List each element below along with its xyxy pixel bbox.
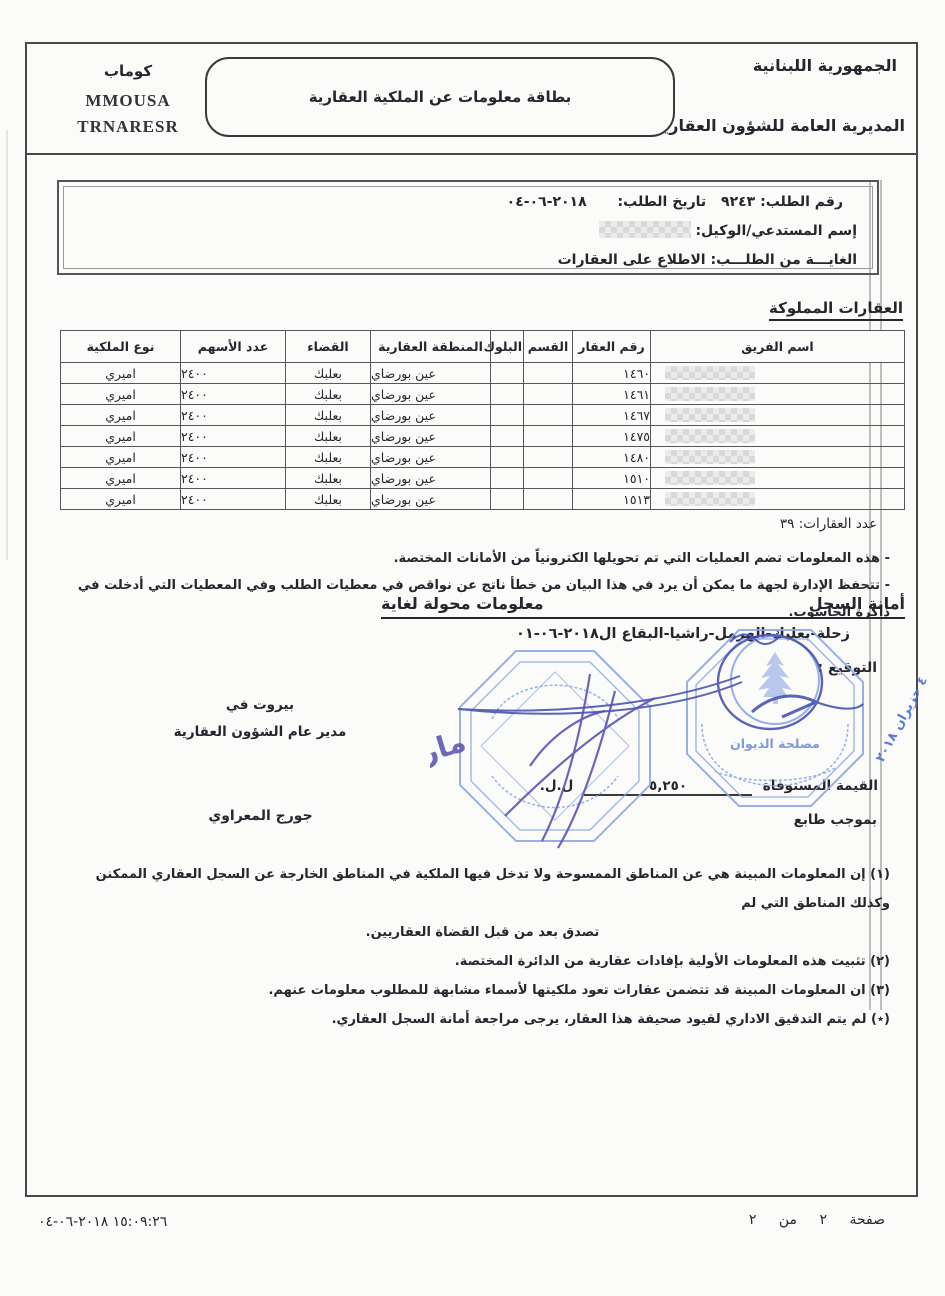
- table-cell: [524, 489, 573, 510]
- table-cell: [524, 426, 573, 447]
- owned-properties-title: العقارات المملوكة: [769, 299, 903, 321]
- table-cell: بعلبك: [286, 468, 371, 489]
- table-cell: بعلبك: [286, 489, 371, 510]
- table-header-row: اسم الفريق رقم العقار القسم البلوك المنط…: [61, 331, 905, 363]
- table-row: ١٤٧٥عين بورضايبعلبك٢٤٠٠اميري: [61, 426, 905, 447]
- table-cell: ١٤٧٥: [573, 426, 651, 447]
- footnote-text: لم يتم التدقيق الاداري لقيود صحيفة هذا ا…: [332, 1012, 867, 1027]
- table-cell: ١٥١٣: [573, 489, 651, 510]
- col-zone: المنطقة العقارية: [371, 331, 491, 363]
- applicant-name-redaction: [599, 221, 691, 238]
- registry-secretariat-line: أمانة السجل معلومات محولة لغاية: [381, 594, 905, 619]
- page-number: صفحة ٢ من ٢: [749, 1212, 885, 1228]
- table-cell: عين بورضاي: [371, 405, 491, 426]
- footnote-text: ان المعلومات المبينة قد تتضمن عقارات تعو…: [268, 983, 865, 998]
- request-number-value: ٩٢٤٣: [721, 194, 755, 210]
- collected-value-label: القيمة المستوفاة: [763, 778, 878, 794]
- director-name: جورج المعراوي: [178, 808, 343, 824]
- table-cell: [524, 405, 573, 426]
- table-cell: اميري: [61, 405, 181, 426]
- party-name-redacted-cell: [651, 384, 905, 405]
- col-ownership-type: نوع الملكية: [61, 331, 181, 363]
- table-cell: [524, 468, 573, 489]
- stamp-basis-line: بموجب طابع: [794, 812, 877, 828]
- col-property-no: رقم العقار: [573, 331, 651, 363]
- request-date-value: ٢٠١٨-٠٦-٠٤: [507, 194, 587, 210]
- footnote-marker: (١): [866, 867, 890, 882]
- table-cell: ٢٤٠٠: [181, 363, 286, 384]
- table-row: ١٥١٣عين بورضايبعلبك٢٤٠٠اميري: [61, 489, 905, 510]
- header-divider: [25, 153, 918, 155]
- footnote-marker: (٭): [867, 1012, 891, 1027]
- table-cell: اميري: [61, 468, 181, 489]
- col-district: القضاء: [286, 331, 371, 363]
- card-title-box: بطاقة معلومات عن الملكية العقارية: [205, 57, 675, 137]
- table-cell: [491, 426, 524, 447]
- property-count-value: ٣٩: [780, 516, 795, 532]
- table-cell: [491, 447, 524, 468]
- table-cell: اميري: [61, 426, 181, 447]
- card-title: بطاقة معلومات عن الملكية العقارية: [309, 88, 572, 106]
- table-cell: عين بورضاي: [371, 489, 491, 510]
- request-number-line: رقم الطلب: ٩٢٤٣ تاريخ الطلب: ٢٠١٨-٠٦-٠٤: [69, 188, 843, 217]
- footnotes-block: (١) إن المعلومات المبينة هي عن المناطق ا…: [75, 860, 890, 1034]
- table-cell: اميري: [61, 384, 181, 405]
- republic-title: الجمهورية اللبنانية: [753, 56, 897, 75]
- table-cell: [491, 363, 524, 384]
- party-name-redacted-cell: [651, 426, 905, 447]
- properties-table: اسم الفريق رقم العقار القسم البلوك المنط…: [60, 330, 905, 510]
- redaction-block: [665, 429, 755, 443]
- table-cell: [491, 468, 524, 489]
- table-cell: اميري: [61, 363, 181, 384]
- print-timestamp: ١٥:٠٩:٢٦ ٢٠١٨-٠٦-٠٤: [38, 1214, 167, 1230]
- table-cell: عين بورضاي: [371, 363, 491, 384]
- party-name-redacted-cell: [651, 405, 905, 426]
- table-cell: [491, 489, 524, 510]
- redaction-block: [665, 492, 755, 506]
- table-cell: ١٤٦٠: [573, 363, 651, 384]
- table-cell: ١٤٨٠: [573, 447, 651, 468]
- table-cell: [524, 363, 573, 384]
- table-cell: ٢٤٠٠: [181, 447, 286, 468]
- table-cell: عين بورضاي: [371, 447, 491, 468]
- table-row: ١٤٦١عين بورضايبعلبك٢٤٠٠اميري: [61, 384, 905, 405]
- table-cell: ٢٤٠٠: [181, 405, 286, 426]
- table-cell: عين بورضاي: [371, 426, 491, 447]
- applicant-line: إسم المستدعي/الوكيل:: [69, 217, 857, 246]
- directorate-title: المديرية العامة للشؤون العقارية: [654, 116, 905, 135]
- purpose-value: الاطلاع على العقارات: [558, 252, 706, 268]
- table-row: ١٤٦٧عين بورضايبعلبك٢٤٠٠اميري: [61, 405, 905, 426]
- property-count-line: عدد العقارات: ٣٩: [780, 516, 877, 532]
- director-title: مدير عام الشؤون العقارية: [165, 719, 355, 746]
- col-section: القسم: [524, 331, 573, 363]
- footnote-text: تثبيت هذه المعلومات الأولية بإفادات عقار…: [455, 954, 866, 969]
- redaction-block: [665, 366, 755, 380]
- table-row: ١٥١٠عين بورضايبعلبك٢٤٠٠اميري: [61, 468, 905, 489]
- table-cell: [524, 384, 573, 405]
- party-name-redacted-cell: [651, 489, 905, 510]
- table-cell: ٢٤٠٠: [181, 426, 286, 447]
- collected-value-line: القيمة المستوفاة ٥,٢٥٠ ل.ل.: [540, 778, 878, 796]
- footnote-line: (٭) لم يتم التدقيق الاداري لقيود صحيفة ه…: [75, 1005, 890, 1034]
- note-line: - هذه المعلومات تضم العمليات التي تم تحو…: [60, 545, 890, 572]
- purpose-label: الغايـــة من الطلـــب:: [710, 252, 857, 268]
- table-cell: اميري: [61, 489, 181, 510]
- applicant-label: إسم المستدعي/الوكيل:: [695, 223, 857, 239]
- footnote-text: إن المعلومات المبينة هي عن المناطق الممس…: [96, 867, 890, 911]
- table-cell: بعلبك: [286, 405, 371, 426]
- table-cell: ١٤٦٧: [573, 405, 651, 426]
- brand-latin-line1: MMOUSA: [58, 88, 198, 114]
- table-row: ١٤٦٠عين بورضايبعلبك٢٤٠٠اميري: [61, 363, 905, 384]
- table-cell: [491, 384, 524, 405]
- redaction-block: [665, 471, 755, 485]
- party-name-redacted-cell: [651, 363, 905, 384]
- party-name-redacted-cell: [651, 468, 905, 489]
- table-cell: [524, 447, 573, 468]
- table-cell: ٢٤٠٠: [181, 384, 286, 405]
- footnote-marker: (٢): [866, 954, 890, 969]
- footnote-line: (٢) تثبيت هذه المعلومات الأولية بإفادات …: [75, 947, 890, 976]
- footnote-continuation: تصدق بعد من قبل القضاة العقاريين.: [75, 918, 890, 947]
- footnote-marker: (٣): [866, 983, 890, 998]
- table-cell: عين بورضاي: [371, 468, 491, 489]
- properties-table-body: ١٤٦٠عين بورضايبعلبك٢٤٠٠اميري١٤٦١عين بورض…: [61, 363, 905, 510]
- footnote-line: (٣) ان المعلومات المبينة قد تتضمن عقارات…: [75, 976, 890, 1005]
- col-party-name: اسم الفريق: [651, 331, 905, 363]
- table-row: ١٤٨٠عين بورضايبعلبك٢٤٠٠اميري: [61, 447, 905, 468]
- registry-areas-line: زحلة-بعلبك-الهرمل-راشيا-البقاع ال٢٠١٨-٠٦…: [516, 626, 850, 642]
- table-cell: بعلبك: [286, 447, 371, 468]
- table-cell: ٢٤٠٠: [181, 489, 286, 510]
- registry-areas-text: زحلة-بعلبك-الهرمل-راشيا-البقاع ال: [599, 626, 850, 642]
- table-cell: بعلبك: [286, 363, 371, 384]
- footnote-line: (١) إن المعلومات المبينة هي عن المناطق ا…: [75, 860, 890, 918]
- party-name-redacted-cell: [651, 447, 905, 468]
- table-cell: ٢٤٠٠: [181, 468, 286, 489]
- scanned-document-page: الجمهورية اللبنانية المديرية العامة للشؤ…: [0, 0, 945, 1296]
- purpose-line: الغايـــة من الطلـــب: الاطلاع على العقا…: [69, 246, 857, 275]
- city-line: بيروت في: [165, 692, 355, 719]
- currency-label: ل.ل.: [540, 778, 574, 794]
- redaction-block: [665, 450, 755, 464]
- table-cell: بعلبك: [286, 384, 371, 405]
- request-info-box: رقم الطلب: ٩٢٤٣ تاريخ الطلب: ٢٠١٨-٠٦-٠٤ …: [57, 180, 879, 275]
- table-cell: بعلبك: [286, 426, 371, 447]
- transferred-info-label: معلومات محولة لغاية: [381, 594, 544, 613]
- redaction-block: [665, 408, 755, 422]
- brand-arabic: كوماب: [58, 62, 198, 80]
- registry-secretariat-label: أمانة السجل: [809, 594, 905, 613]
- table-cell: ١٥١٠: [573, 468, 651, 489]
- redaction-block: [665, 387, 755, 401]
- request-date-label: تاريخ الطلب:: [618, 194, 707, 210]
- table-cell: [491, 405, 524, 426]
- table-cell: ١٤٦١: [573, 384, 651, 405]
- table-cell: اميري: [61, 447, 181, 468]
- brand-latin-line2: TRNARESR: [58, 114, 198, 140]
- registry-areas-date: ٢٠١٨-٠٦-٠١: [516, 626, 599, 642]
- brand-block: كوماب MMOUSA TRNARESR: [58, 62, 198, 141]
- director-block: بيروت في مدير عام الشؤون العقارية: [165, 692, 355, 746]
- table-cell: عين بورضاي: [371, 384, 491, 405]
- col-shares: عدد الأسهم: [181, 331, 286, 363]
- col-block: البلوك: [491, 331, 524, 363]
- signature-label: التوقيع :: [818, 660, 877, 676]
- scan-artifact-left: [6, 130, 8, 560]
- request-number-label: رقم الطلب:: [760, 194, 843, 210]
- collected-value-amount: ٥,٢٥٠: [649, 778, 687, 794]
- property-count-label: عدد العقارات:: [799, 516, 877, 532]
